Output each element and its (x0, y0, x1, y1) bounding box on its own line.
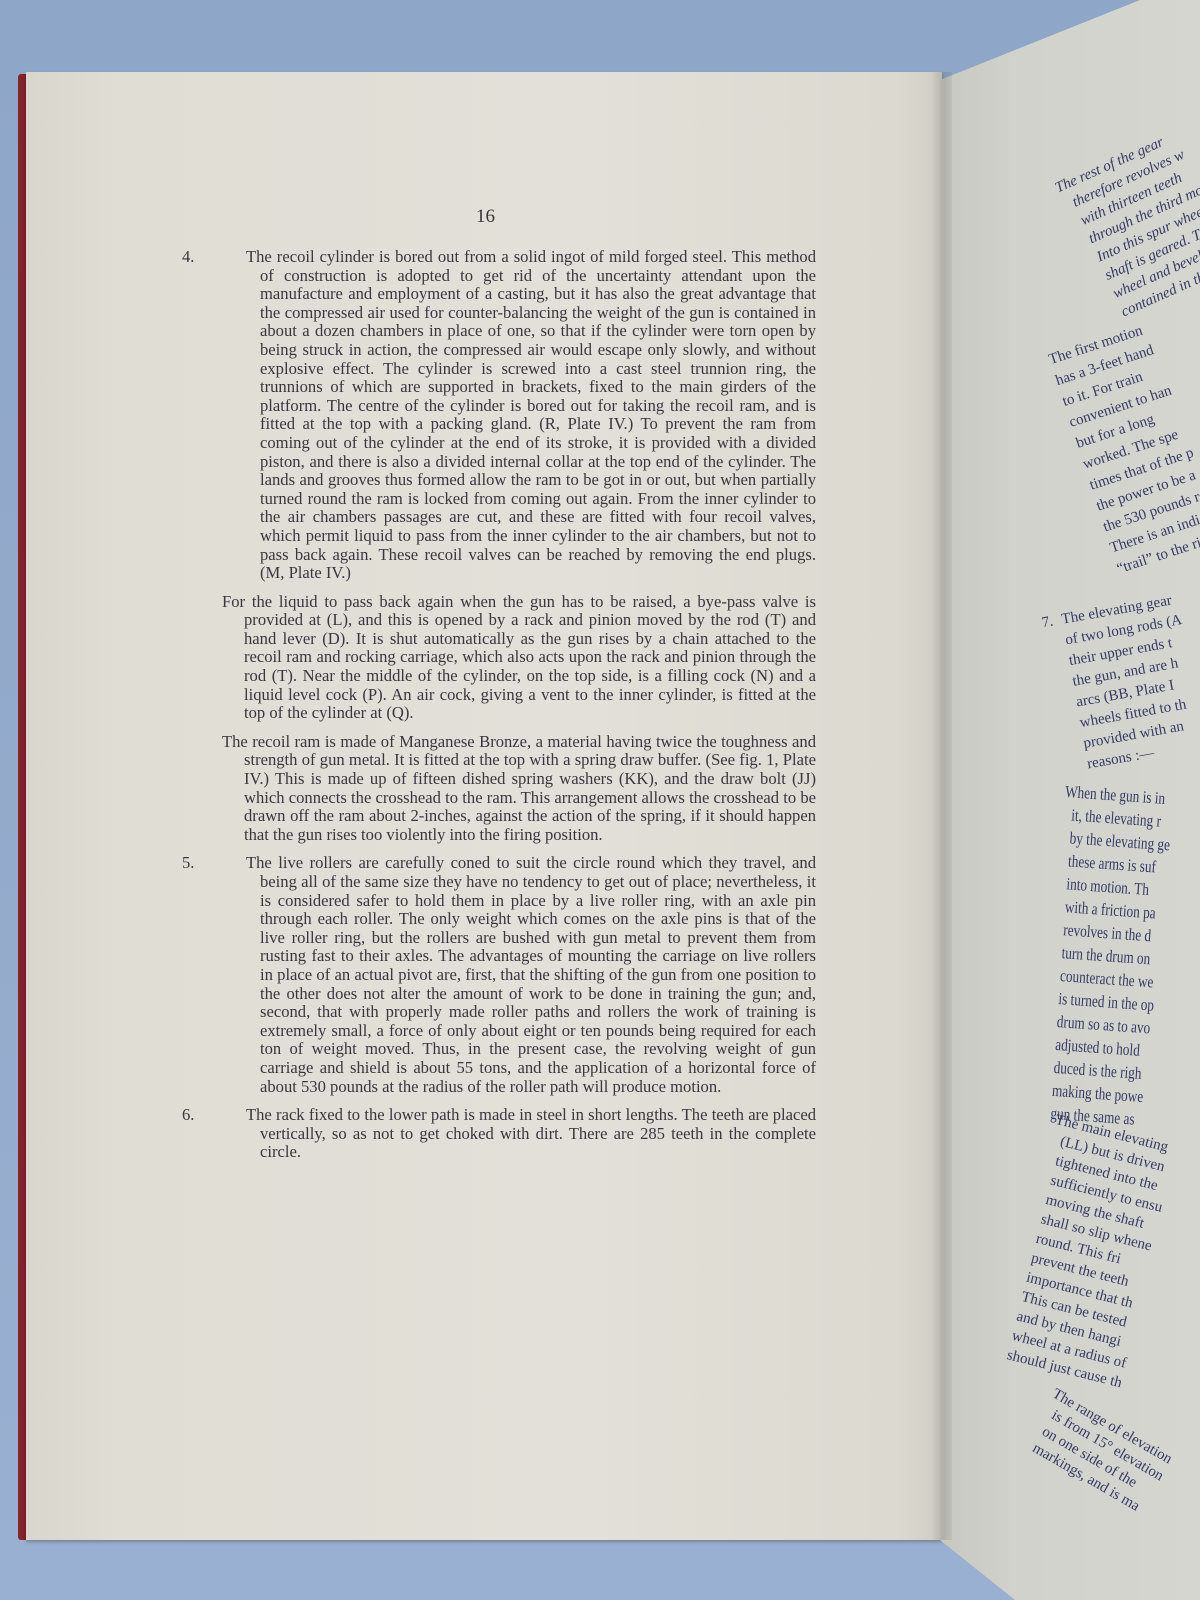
paragraph-body: The rack fixed to the lower path is made… (246, 1106, 816, 1162)
paragraph-5: 5. The live rollers are carefully coned … (196, 854, 816, 1096)
paragraph-recoil-ram: The recoil ram is made of Manganese Bron… (196, 733, 816, 845)
paragraph-body: The live rollers are carefully coned to … (246, 854, 816, 1096)
paragraph-4: 4. The recoil cylinder is bored out from… (196, 248, 816, 583)
gutter-shadow (930, 72, 952, 1540)
paragraph-6: 6. The rack fixed to the lower path is m… (196, 1106, 816, 1162)
paragraph-body: The recoil cylinder is bored out from a … (246, 248, 816, 583)
paragraph-bypass-valve: For the liquid to pass back again when t… (196, 593, 816, 723)
left-page-text: 4. The recoil cylinder is bored out from… (196, 248, 816, 1172)
photo-scene: 16 4. The recoil cylinder is bored out f… (0, 0, 1200, 1600)
page-number: 16 (476, 206, 495, 228)
